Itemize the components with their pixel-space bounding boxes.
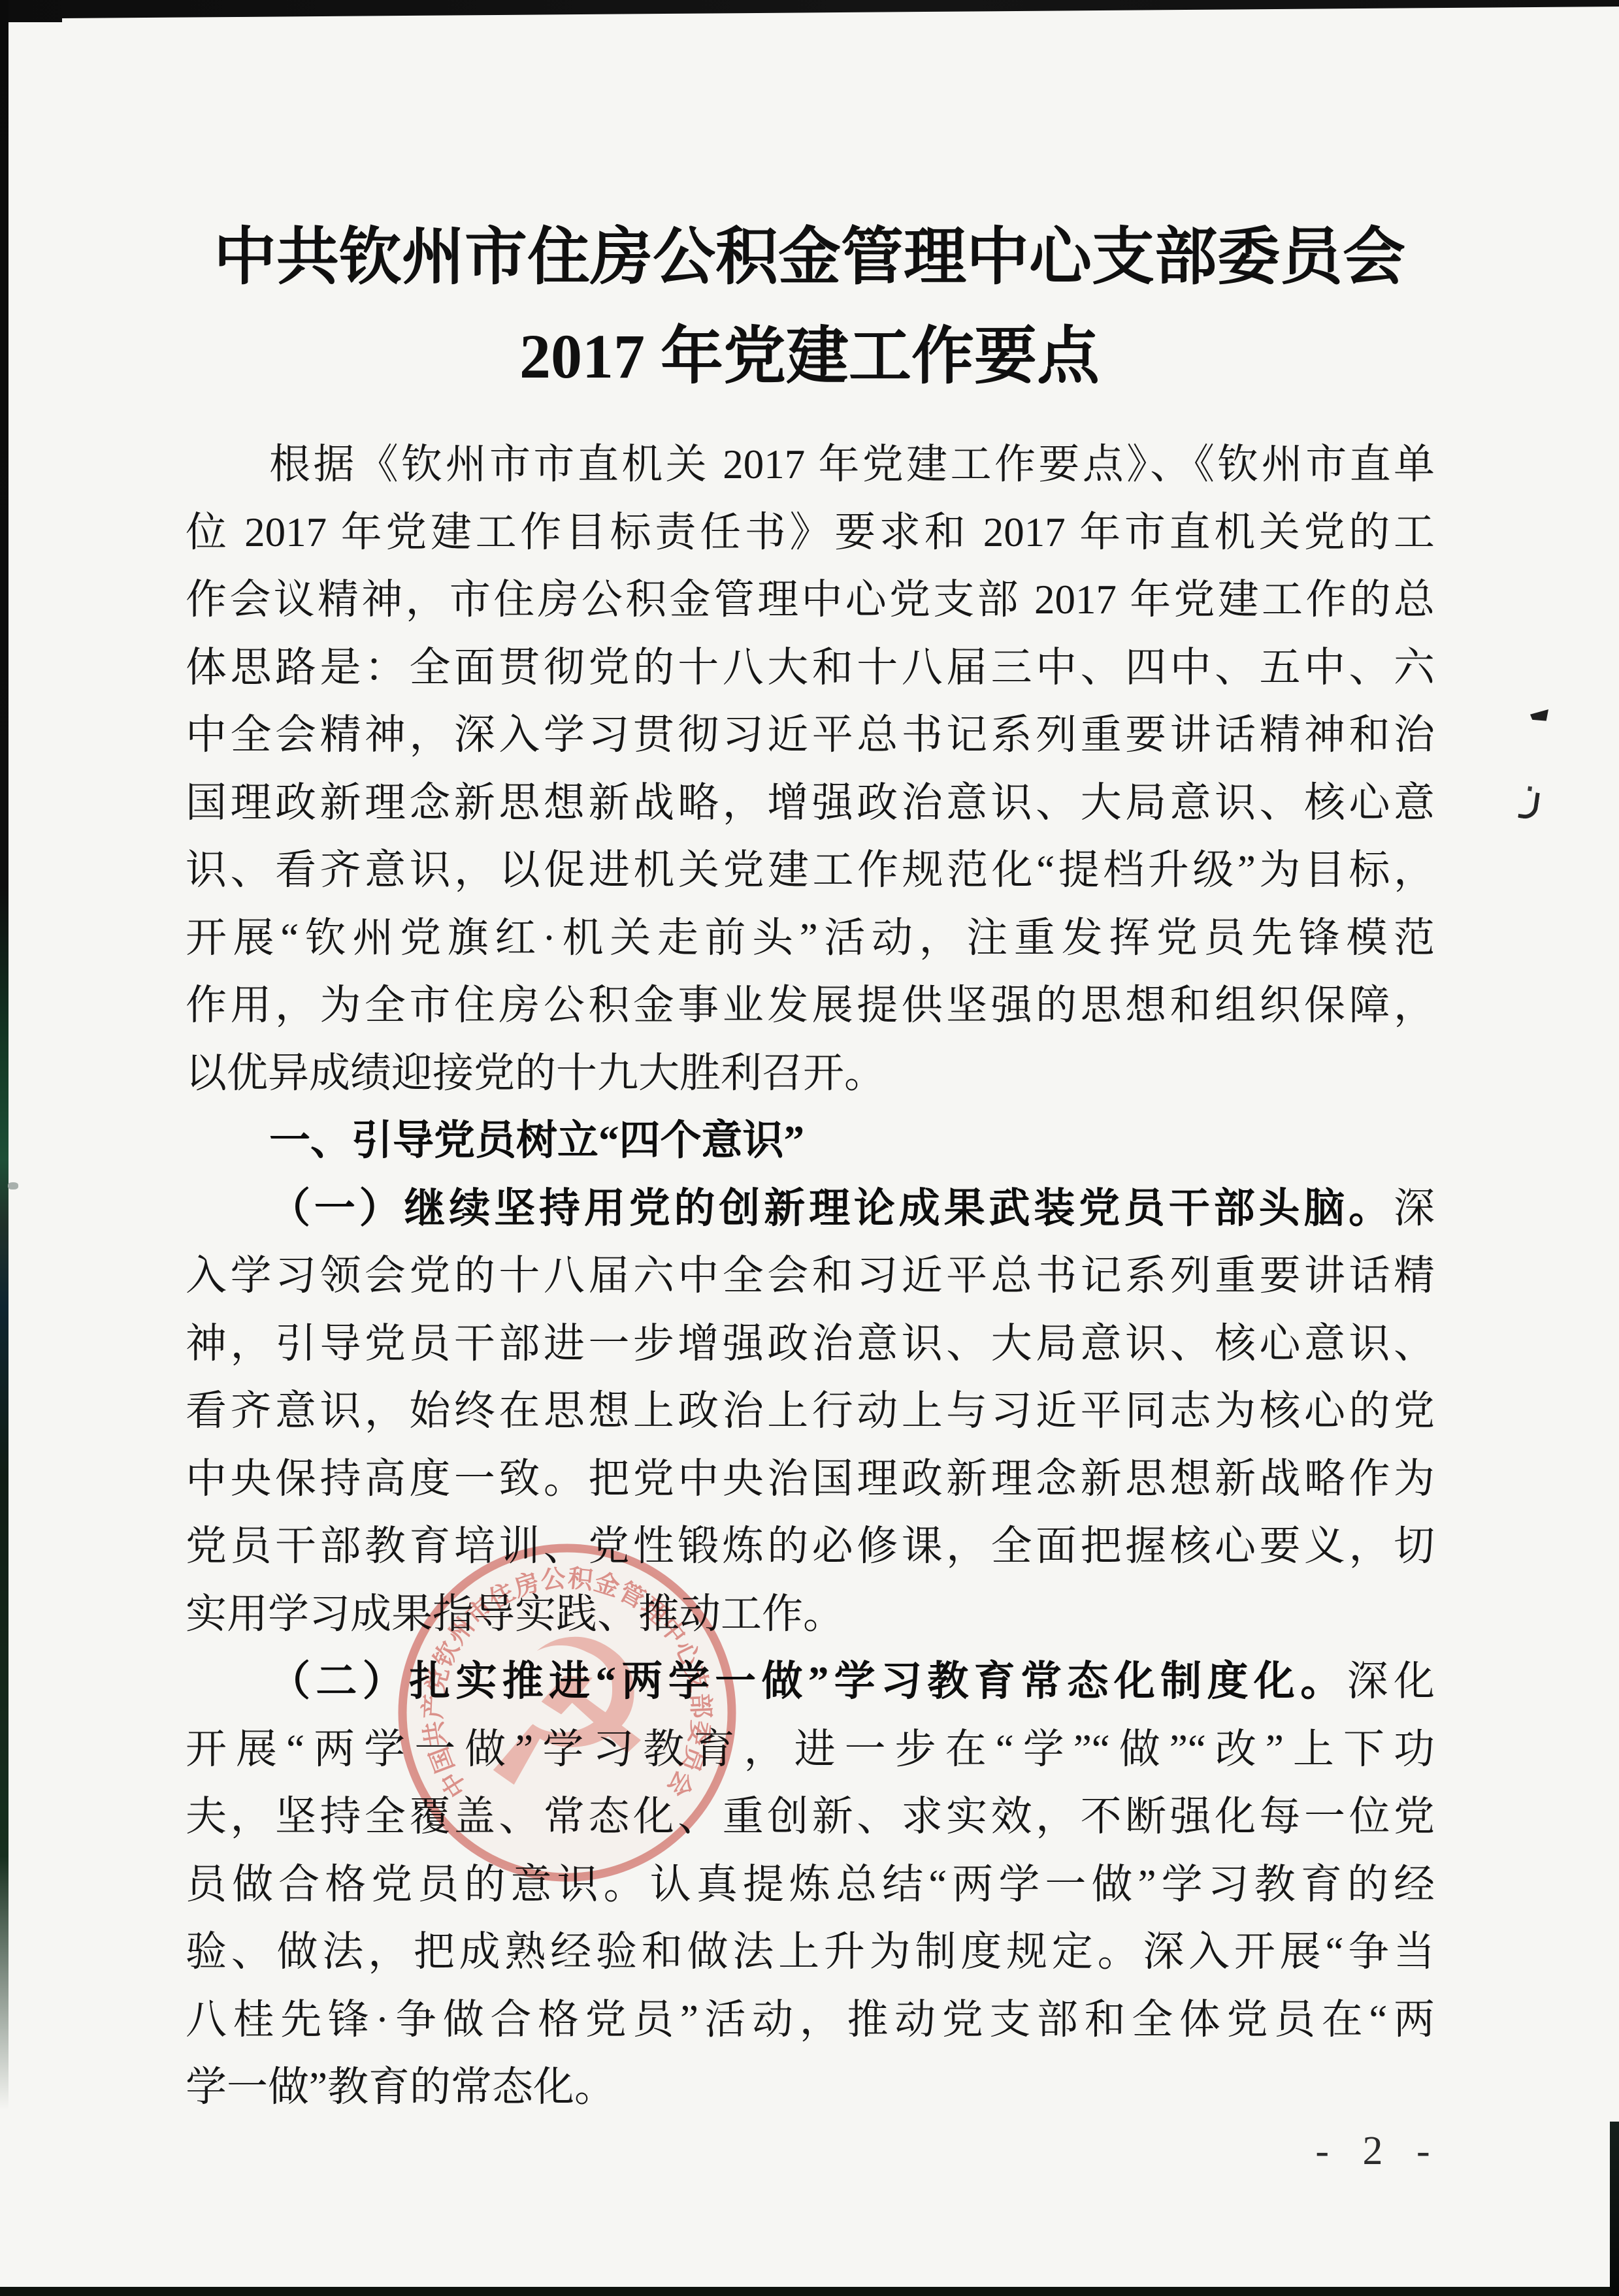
document-body: 根据《钦州市市直机关 2017 年党建工作要点》、《钦州市直单 位 2017 年… [186,431,1435,2122]
body-line: 学一做”教育的常态化。 [186,2054,1435,2122]
scan-edge-right [1610,2122,1619,2296]
section-heading: 一、引导党员树立“四个意识” [186,1107,1435,1175]
body-line: 识、看齐意识，以促进机关党建工作规范化“提档升级”为目标， [186,837,1435,905]
body-line: 员做合格党员的意识。认真提炼总结“两学一做”学习教育的经 [186,1851,1435,1919]
paper-background: 中共钦州市住房公积金管理中心支部委员会 2017 年党建工作要点 根据《钦州市市… [0,0,1619,2296]
body-line: 夫，坚持全覆盖、常态化、重创新、求实效，不断强化每一位党 [186,1783,1435,1851]
document-title-line2: 2017 年党建工作要点 [0,307,1619,406]
document-title-line1: 中共钦州市住房公积金管理中心支部委员会 [0,208,1619,307]
body-line: 国理政新理念新思想新战略，增强政治意识、大局意识、核心意 [186,769,1435,837]
body-line: 入学习领会党的十八届六中全会和习近平总书记系列重要讲话精 [186,1242,1435,1310]
body-line: 开展“钦州党旗红·机关走前头”活动，注重发挥党员先锋模范 [186,905,1435,973]
ink-speck [8,1182,18,1189]
body-line: 根据《钦州市市直机关 2017 年党建工作要点》、《钦州市直单 [186,431,1435,499]
body-line: 验、做法，把成熟经验和做法上升为制度规定。深入开展“争当 [186,1918,1435,1986]
body-line: （二）扎实推进“两学一做”学习教育常态化制度化。深化 [186,1648,1435,1716]
scan-edge-top [0,0,1619,22]
ink-speck [1518,790,1540,820]
red-official-seal: 中国共产党钦州市住房公积金管理中心支部委员会 ☭ [378,1523,757,1902]
ink-speck [1530,709,1548,724]
body-line: 中央保持高度一致。把党中央治国理政新理念新思想新战略作为 [186,1446,1435,1513]
seal-graphic: 中国共产党钦州市住房公积金管理中心支部委员会 ☭ [378,1523,757,1902]
body-line: 以优异成绩迎接党的十九大胜利召开。 [186,1040,1435,1108]
body-line: （一）继续坚持用党的创新理论成果武装党员干部头脑。深 [186,1175,1435,1243]
body-line: 实用学习成果指导实践、推动工作。 [186,1581,1435,1649]
body-line: 八桂先锋·争做合格党员”活动，推动党支部和全体党员在“两 [186,1986,1435,2054]
body-line: 体思路是：全面贯彻党的十八大和十八届三中、四中、五中、六 [186,634,1435,702]
hammer-sickle-icon: ☭ [476,1597,658,1833]
body-line: 党员干部教育培训、党性锻炼的必修课，全面把握核心要义，切 [186,1513,1435,1581]
body-line: 神，引导党员干部进一步增强政治意识、大局意识、核心意识、 [186,1310,1435,1378]
scanned-document-page: { "doc": { "title_line1": "中共钦州市住房公积金管理中… [0,0,1619,2296]
body-line: 开展“两学一做”学习教育，进一步在“学”“做”“改”上下功 [186,1716,1435,1784]
body-line: 作用，为全市住房公积金事业发展提供坚强的思想和组织保障， [186,972,1435,1040]
scan-edge-bottom [0,2287,1619,2296]
document-title: 中共钦州市住房公积金管理中心支部委员会 2017 年党建工作要点 [0,208,1619,406]
body-line: 位 2017 年党建工作目标责任书》要求和 2017 年市直机关党的工 [186,499,1435,567]
body-line: 作会议精神，市住房公积金管理中心党支部 2017 年党建工作的总 [186,566,1435,634]
page-number: - 2 - [1281,2128,1477,2175]
body-line: 看齐意识，始终在思想上政治上行动上与习近平同志为核心的党 [186,1378,1435,1446]
body-line: 中全会精神，深入学习贯彻习近平总书记系列重要讲话精神和治 [186,702,1435,769]
